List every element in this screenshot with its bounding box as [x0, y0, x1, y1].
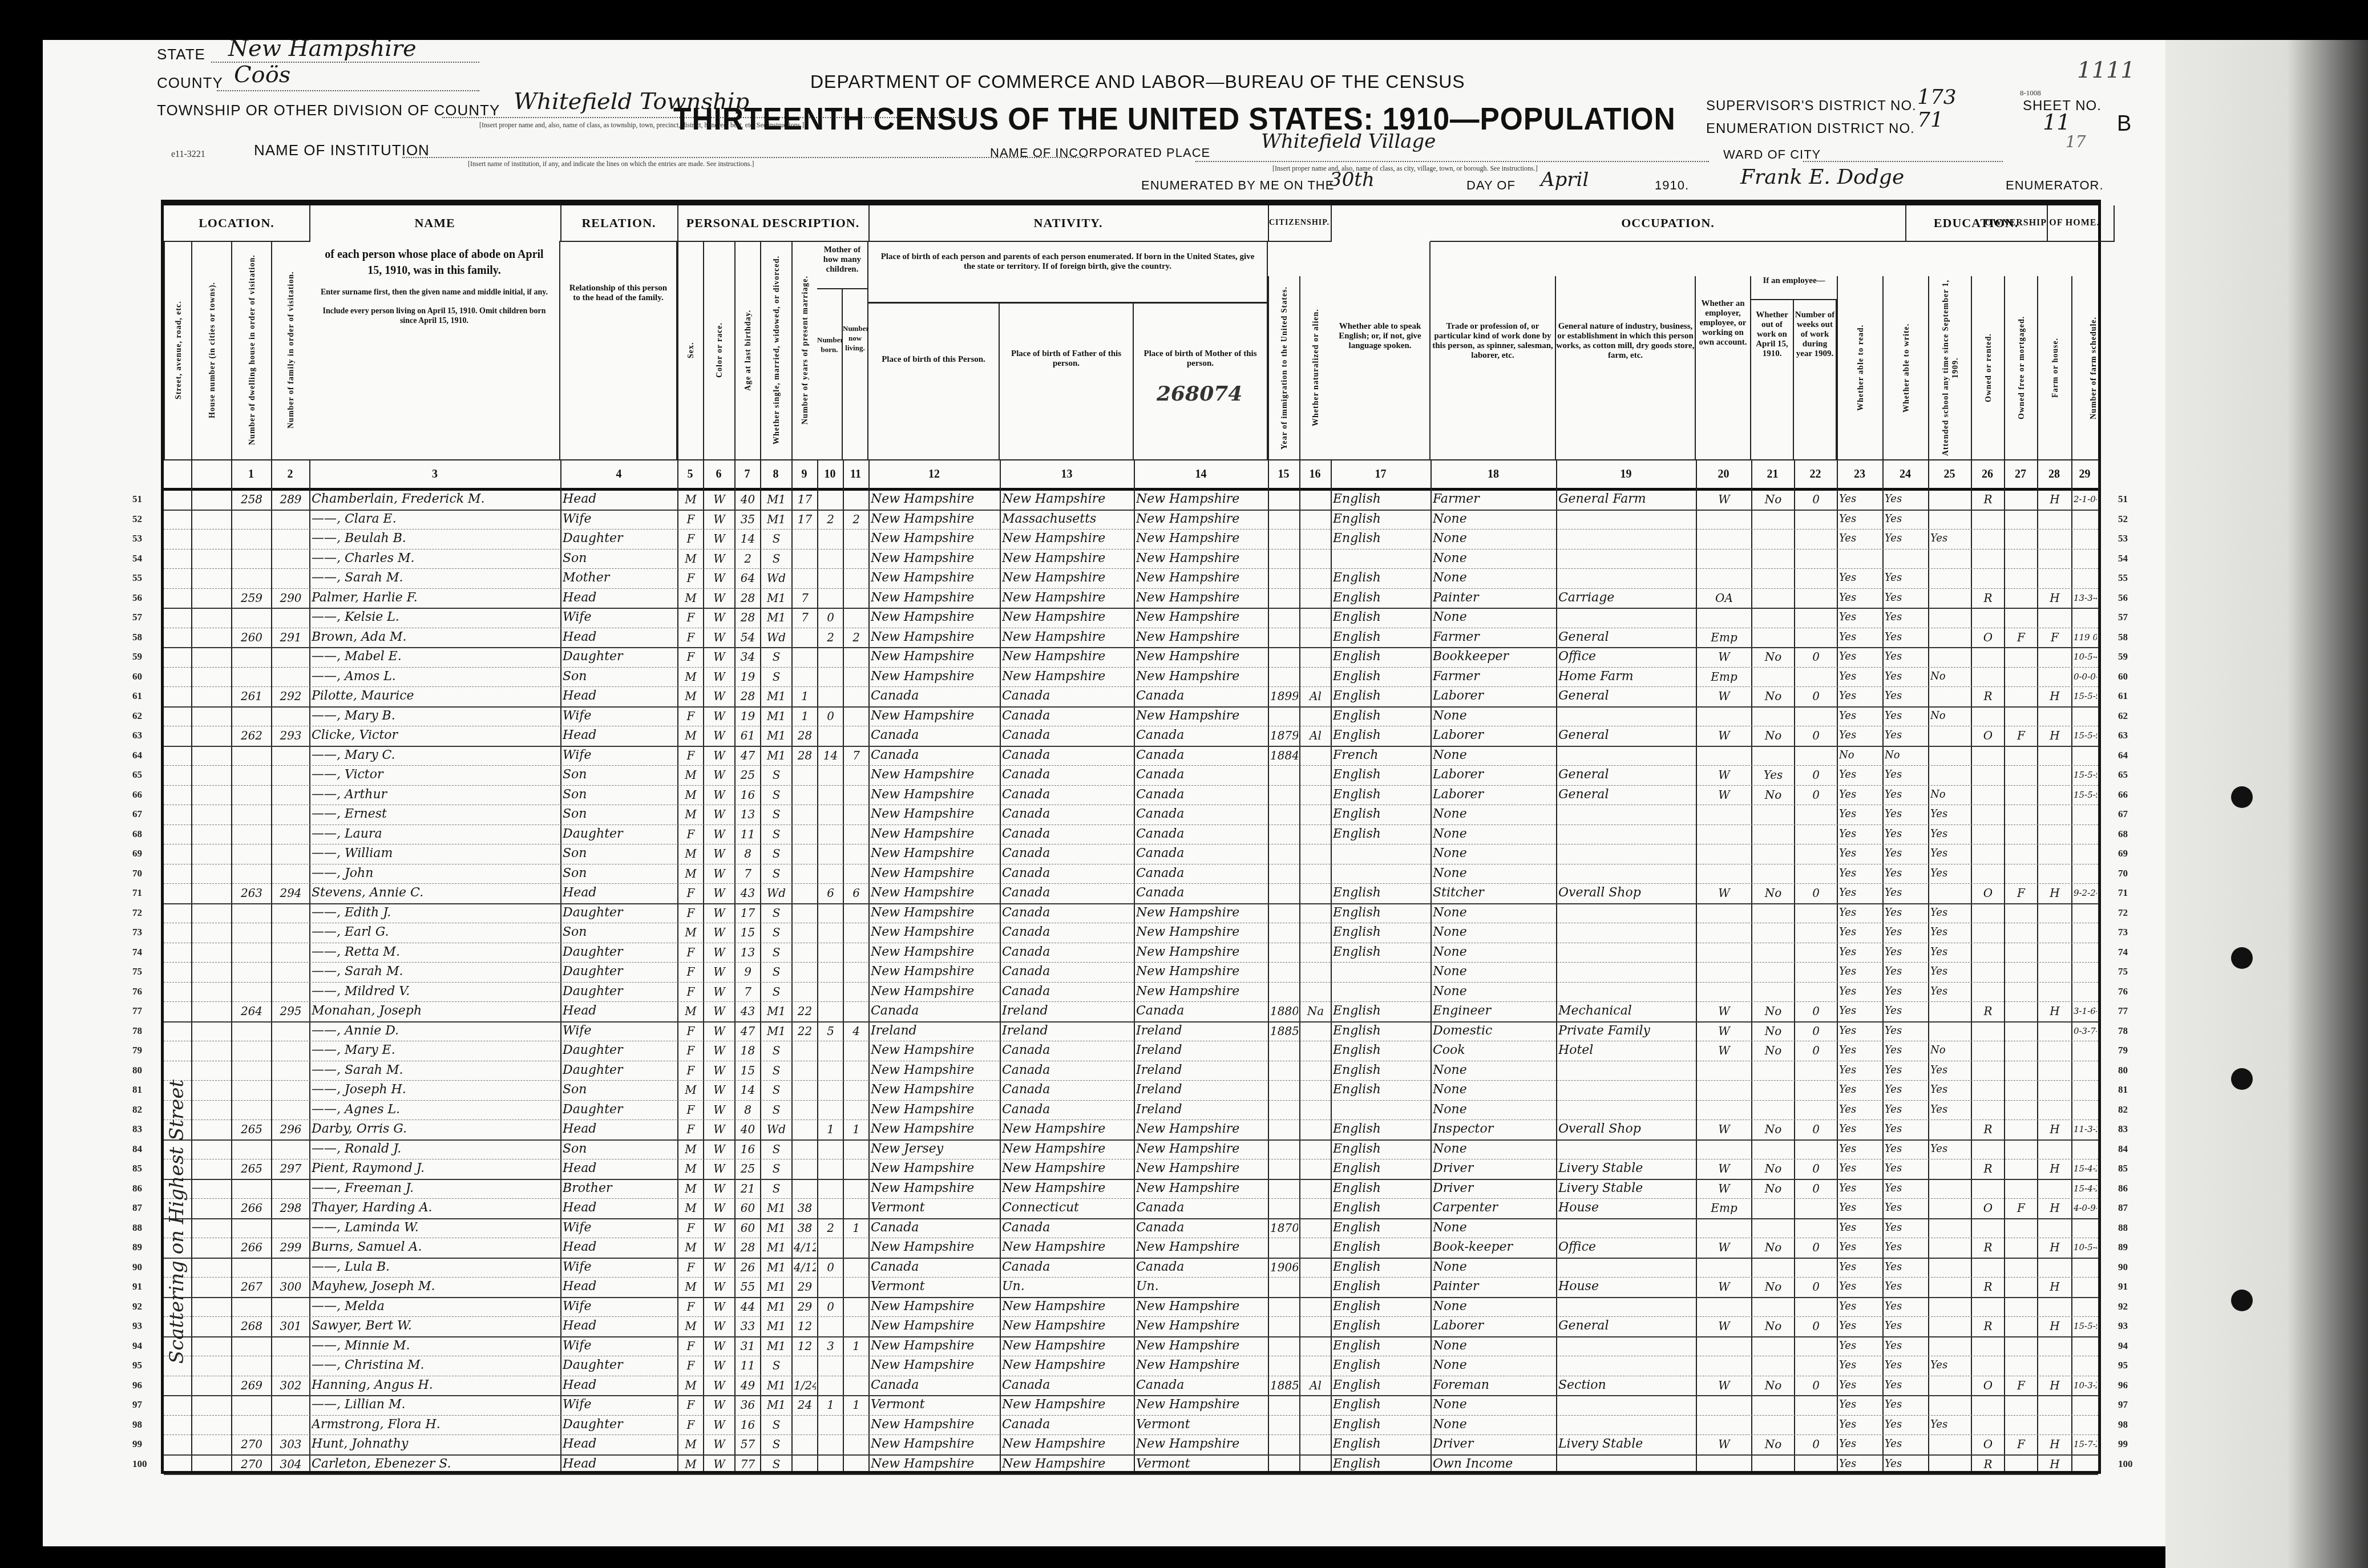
- cell-read: Yes: [1839, 490, 1881, 510]
- cell-age: 16: [737, 785, 759, 805]
- cell-nat: [1302, 1080, 1330, 1100]
- cell-emp: [1698, 962, 1750, 982]
- cell-write: Yes: [1885, 490, 1927, 510]
- cell-born: [819, 1434, 842, 1454]
- cell-own: [1973, 706, 2003, 726]
- cell-sex: F: [680, 1395, 702, 1415]
- cell-emp: W: [1698, 726, 1750, 746]
- cell-fam: 293: [273, 726, 308, 746]
- cell-name: ——, Lula B.: [312, 1258, 559, 1278]
- line-number: 69: [132, 848, 142, 859]
- cell-pob: New Hampshire: [871, 765, 999, 785]
- cell-imm: [1270, 883, 1298, 903]
- cell-pob: New Hampshire: [871, 1454, 999, 1474]
- cell-name: ——, Sarah M.: [312, 568, 559, 588]
- cell-rel: Head: [563, 726, 676, 746]
- cell-school: [1930, 1159, 1970, 1179]
- cell-pob: New Hampshire: [871, 608, 999, 628]
- line-number: 74: [132, 947, 142, 958]
- cell-yrs: [794, 667, 816, 687]
- cell-school: [1930, 1336, 1970, 1356]
- cell-nat: [1302, 608, 1330, 628]
- col-out-of-work: Whether out of work on April 15, 1910.: [1751, 299, 1794, 459]
- line-number: 60: [2118, 671, 2128, 682]
- cell-rel: Wife: [563, 1258, 676, 1278]
- cell-ind: [1558, 1395, 1695, 1415]
- cell-out: No: [1753, 1001, 1793, 1021]
- cell-fam: [273, 1041, 308, 1061]
- cell-emp: W: [1698, 1316, 1750, 1336]
- col-mother-birthplace-label: Place of birth of Mother of this person.: [1143, 349, 1256, 368]
- cell-nat: [1302, 962, 1330, 982]
- cell-lang: English: [1333, 1336, 1429, 1356]
- cell-ind: [1558, 510, 1695, 530]
- cell-born: [819, 923, 842, 943]
- cell-read: Yes: [1839, 1179, 1881, 1199]
- cell-school: Yes: [1930, 1061, 1970, 1081]
- cell-occ: Driver: [1433, 1434, 1555, 1454]
- line-number: 82: [132, 1104, 142, 1116]
- cell-ind: [1558, 1356, 1695, 1376]
- column-number: 8: [760, 459, 793, 491]
- cell-wks: [1796, 568, 1836, 588]
- cell-mpob: New Hampshire: [1136, 608, 1267, 628]
- line-number: 93: [132, 1320, 142, 1332]
- cell-free: F: [2006, 628, 2036, 648]
- cell-lang: [1333, 1100, 1429, 1120]
- cell-school: Yes: [1930, 982, 1970, 1002]
- cell-nat: Al: [1302, 686, 1330, 706]
- state-value: New Hampshire: [228, 35, 417, 62]
- cell-living: [845, 647, 867, 667]
- cell-read: Yes: [1839, 568, 1881, 588]
- cell-sex: F: [680, 628, 702, 648]
- cell-dw: [233, 923, 270, 943]
- cell-name: ——, Mabel E.: [312, 647, 559, 667]
- cell-fh: [2039, 1297, 2070, 1317]
- cell-dw: [233, 825, 270, 844]
- cell-lang: English: [1333, 588, 1429, 608]
- line-number: 57: [2118, 612, 2128, 623]
- col-street: Street, avenue, road, etc.: [164, 241, 192, 459]
- cell-fam: [273, 706, 308, 726]
- line-number: 75: [2118, 966, 2128, 977]
- cell-emp: W: [1698, 1376, 1750, 1396]
- col-free-mortgaged: Owned free or mortgaged.: [2004, 276, 2038, 459]
- cell-mpob: New Hampshire: [1136, 1336, 1267, 1356]
- cell-sex: F: [680, 647, 702, 667]
- cell-rel: Head: [563, 1316, 676, 1336]
- cell-name: ——, Laura: [312, 825, 559, 844]
- cell-nat: [1302, 864, 1330, 884]
- cell-dw: 258: [233, 490, 270, 510]
- cell-imm: 1879: [1270, 726, 1298, 746]
- cell-own: [1973, 1041, 2003, 1061]
- cell-emp: [1698, 923, 1750, 943]
- cell-born: [819, 785, 842, 805]
- cell-yrs: 1: [794, 706, 816, 726]
- cell-nat: [1302, 1454, 1330, 1474]
- cell-born: 0: [819, 608, 842, 628]
- table-row: ——, Earl G.SonMW15SNew HampshireCanadaNe…: [164, 923, 2098, 943]
- cell-nat: [1302, 1061, 1330, 1081]
- cell-occ: Foreman: [1433, 1376, 1555, 1396]
- cell-nat: [1302, 549, 1330, 569]
- column-number: 3: [309, 459, 561, 491]
- cell-lang: English: [1333, 765, 1429, 785]
- cell-mpob: New Hampshire: [1136, 1159, 1267, 1179]
- cell-read: Yes: [1839, 608, 1881, 628]
- cell-nat: [1302, 1120, 1330, 1139]
- supervisor-district-value: 173: [1917, 86, 1957, 109]
- cell-fh: [2039, 1415, 2070, 1435]
- cell-pob: New Hampshire: [871, 903, 999, 923]
- cell-nat: [1302, 1198, 1330, 1218]
- table-row: ——, Charles M.SonMW2SNew HampshireNew Ha…: [164, 549, 2098, 569]
- cell-fam: [273, 805, 308, 825]
- cell-out: No: [1753, 785, 1793, 805]
- cell-sex: M: [680, 1376, 702, 1396]
- cell-yrs: 12: [794, 1336, 816, 1356]
- cell-write: Yes: [1885, 529, 1927, 549]
- cell-lang: English: [1333, 608, 1429, 628]
- cell-nat: [1302, 647, 1330, 667]
- table-row: 268301Sawyer, Bert W.HeadMW33M112New Ham…: [164, 1316, 2098, 1337]
- cell-fam: 302: [273, 1376, 308, 1396]
- cell-age: 25: [737, 1159, 759, 1179]
- cell-fam: [273, 923, 308, 943]
- cell-wks: [1796, 510, 1836, 530]
- cell-wks: [1796, 903, 1836, 923]
- cell-rel: Daughter: [563, 943, 676, 963]
- enumeration-district-value: 71: [1917, 108, 1943, 132]
- cell-ind: [1558, 943, 1695, 963]
- cell-ind: Office: [1558, 647, 1695, 667]
- cell-imm: [1270, 1179, 1298, 1199]
- cell-fh: H: [2039, 1316, 2070, 1336]
- cell-pob: New Hampshire: [871, 647, 999, 667]
- cell-dw: [233, 1415, 270, 1435]
- line-number: 55: [132, 572, 142, 584]
- cell-nat: [1302, 667, 1330, 687]
- line-number: 95: [132, 1360, 142, 1371]
- cell-free: [2006, 825, 2036, 844]
- cell-emp: [1698, 746, 1750, 766]
- cell-mpob: New Hampshire: [1136, 667, 1267, 687]
- cell-name: ——, Sarah M.: [312, 1061, 559, 1081]
- cell-imm: [1270, 982, 1298, 1002]
- cell-emp: W: [1698, 765, 1750, 785]
- cell-emp: W: [1698, 1434, 1750, 1454]
- cell-living: [845, 1356, 867, 1376]
- cell-lang: English: [1333, 568, 1429, 588]
- cell-imm: 1880: [1270, 1001, 1298, 1021]
- cell-occ: Engineer: [1433, 1001, 1555, 1021]
- cell-rel: Wife: [563, 746, 676, 766]
- cell-lang: English: [1333, 883, 1429, 903]
- cell-free: [2006, 982, 2036, 1002]
- cell-sex: M: [680, 549, 702, 569]
- cell-school: Yes: [1930, 1100, 1970, 1120]
- cell-age: 55: [737, 1277, 759, 1297]
- cell-read: Yes: [1839, 529, 1881, 549]
- cell-ms: S: [762, 1434, 790, 1454]
- cell-pob: New Hampshire: [871, 1238, 999, 1258]
- cell-free: [2006, 943, 2036, 963]
- cell-pob: Canada: [871, 686, 999, 706]
- cell-pob: Vermont: [871, 1198, 999, 1218]
- cell-imm: [1270, 549, 1298, 569]
- cell-free: [2006, 962, 2036, 982]
- cell-nat: [1302, 1139, 1330, 1159]
- cell-rel: Head: [563, 1238, 676, 1258]
- cell-school: [1930, 686, 1970, 706]
- cell-pob: Canada: [871, 1376, 999, 1396]
- column-number: 21: [1751, 459, 1795, 491]
- cell-lang: English: [1333, 1120, 1429, 1139]
- cell-occ: None: [1433, 1080, 1555, 1100]
- cell-school: Yes: [1930, 864, 1970, 884]
- cell-write: Yes: [1885, 628, 1927, 648]
- cell-write: Yes: [1885, 1080, 1927, 1100]
- line-number: 85: [132, 1163, 142, 1174]
- cell-read: Yes: [1839, 785, 1881, 805]
- cell-emp: Emp: [1698, 1198, 1750, 1218]
- cell-fpob: Canada: [1002, 982, 1133, 1002]
- cell-dw: 266: [233, 1238, 270, 1258]
- cell-occ: None: [1433, 1061, 1555, 1081]
- cell-lang: [1333, 844, 1429, 864]
- cell-free: [2006, 1021, 2036, 1041]
- cell-age: 2: [737, 549, 759, 569]
- cell-name: Mayhew, Joseph M.: [312, 1277, 559, 1297]
- cell-out: [1753, 1415, 1793, 1435]
- cell-ms: S: [762, 982, 790, 1002]
- cell-fpob: Massachusetts: [1002, 510, 1133, 530]
- cell-sex: M: [680, 1277, 702, 1297]
- cell-nat: [1302, 746, 1330, 766]
- cell-pob: New Hampshire: [871, 1120, 999, 1139]
- cell-living: [845, 588, 867, 608]
- cell-fh: [2039, 1395, 2070, 1415]
- cell-lang: English: [1333, 1277, 1429, 1297]
- cell-nat: [1302, 706, 1330, 726]
- line-number: 88: [132, 1222, 142, 1234]
- cell-own: [1973, 667, 2003, 687]
- cell-mpob: New Hampshire: [1136, 529, 1267, 549]
- cell-sex: M: [680, 1238, 702, 1258]
- cell-fh: F: [2039, 628, 2070, 648]
- cell-read: Yes: [1839, 1061, 1881, 1081]
- cell-fam: [273, 529, 308, 549]
- table-row: ——, LauraDaughterFW11SNew HampshireCanad…: [164, 825, 2098, 845]
- cell-dw: [233, 608, 270, 628]
- cell-write: Yes: [1885, 568, 1927, 588]
- line-number: 68: [132, 829, 142, 840]
- cell-out: [1753, 549, 1793, 569]
- cell-sched: [2074, 1041, 2097, 1061]
- cell-fh: H: [2039, 1376, 2070, 1396]
- cell-occ: None: [1433, 864, 1555, 884]
- cell-lang: English: [1333, 647, 1429, 667]
- cell-lang: English: [1333, 1001, 1429, 1021]
- cell-lang: English: [1333, 686, 1429, 706]
- cell-read: Yes: [1839, 864, 1881, 884]
- cell-free: [2006, 1238, 2036, 1258]
- col-naturalized: Whether naturalized or alien.: [1299, 276, 1332, 459]
- cell-rel: Head: [563, 588, 676, 608]
- cell-living: [845, 825, 867, 844]
- cell-fpob: New Hampshire: [1002, 529, 1133, 549]
- cell-sched: [2074, 510, 2097, 530]
- cell-imm: [1270, 1139, 1298, 1159]
- cell-ms: M1: [762, 1316, 790, 1336]
- cell-sched: [2074, 1061, 2097, 1081]
- cell-rel: Daughter: [563, 962, 676, 982]
- cell-ms: S: [762, 647, 790, 667]
- cell-fh: [2039, 962, 2070, 982]
- cell-fam: 294: [273, 883, 308, 903]
- cell-fpob: Canada: [1002, 805, 1133, 825]
- line-number: 95: [2118, 1360, 2128, 1371]
- cell-fam: [273, 943, 308, 963]
- cell-yrs: [794, 529, 816, 549]
- cell-occ: Driver: [1433, 1179, 1555, 1199]
- cell-rel: Son: [563, 1139, 676, 1159]
- cell-nat: [1302, 529, 1330, 549]
- cell-own: O: [1973, 1198, 2003, 1218]
- cell-free: [2006, 1395, 2036, 1415]
- cell-rel: Son: [563, 549, 676, 569]
- department-heading: DEPARTMENT OF COMMERCE AND LABOR—BUREAU …: [810, 71, 1465, 92]
- census-table: LOCATION. NAME RELATION. PERSONAL DESCRI…: [161, 200, 2101, 1474]
- cell-wks: [1796, 746, 1836, 766]
- cell-imm: [1270, 1041, 1298, 1061]
- cell-school: [1930, 1021, 1970, 1041]
- cell-fh: [2039, 785, 2070, 805]
- cell-mpob: New Hampshire: [1136, 1297, 1267, 1317]
- cell-age: 47: [737, 746, 759, 766]
- cell-sex: F: [680, 608, 702, 628]
- column-number: 4: [560, 459, 678, 491]
- line-number: 76: [132, 986, 142, 997]
- cell-race: W: [705, 667, 733, 687]
- cell-out: No: [1753, 1277, 1793, 1297]
- cell-born: [819, 1356, 842, 1376]
- group-name: NAME: [309, 205, 561, 241]
- cell-rel: Head: [563, 1120, 676, 1139]
- cell-yrs: [794, 1120, 816, 1139]
- cell-fpob: New Hampshire: [1002, 1454, 1133, 1474]
- cell-emp: [1698, 529, 1750, 549]
- column-number: 20: [1696, 459, 1752, 491]
- cell-living: [845, 1258, 867, 1278]
- group-location: LOCATION.: [164, 205, 310, 242]
- cell-emp: W: [1698, 1277, 1750, 1297]
- cell-school: [1930, 1198, 1970, 1218]
- line-number: 88: [2118, 1222, 2128, 1234]
- cell-occ: None: [1433, 1218, 1555, 1238]
- cell-age: 61: [737, 726, 759, 746]
- cell-dw: [233, 667, 270, 687]
- cell-ind: [1558, 844, 1695, 864]
- cell-out: [1753, 1454, 1793, 1474]
- cell-dw: [233, 943, 270, 963]
- cell-mpob: New Hampshire: [1136, 1434, 1267, 1454]
- cell-fh: [2039, 1356, 2070, 1376]
- cell-mpob: New Hampshire: [1136, 1139, 1267, 1159]
- line-number: 70: [132, 868, 142, 879]
- cell-wks: 0: [1796, 1120, 1836, 1139]
- line-number: 90: [2118, 1262, 2128, 1273]
- line-number: 57: [132, 612, 142, 623]
- table-row: 265296Darby, Orris G.HeadFW40Wd11New Ham…: [164, 1120, 2098, 1141]
- line-number: 58: [2118, 632, 2128, 643]
- cell-living: [845, 943, 867, 963]
- cell-lang: English: [1333, 628, 1429, 648]
- cell-ind: House: [1558, 1277, 1695, 1297]
- line-number: 91: [2118, 1281, 2128, 1292]
- cell-living: [845, 726, 867, 746]
- cell-born: [819, 647, 842, 667]
- cell-occ: None: [1433, 825, 1555, 844]
- cell-out: [1753, 1218, 1793, 1238]
- table-row: ——, Mary C.WifeFW47M128147CanadaCanadaCa…: [164, 746, 2098, 766]
- cell-born: [819, 667, 842, 687]
- line-number: 72: [2118, 907, 2128, 919]
- cell-occ: Laborer: [1433, 1316, 1555, 1336]
- cell-fpob: Connecticut: [1002, 1198, 1133, 1218]
- col-immigration-year: Year of immigration to the United States…: [1268, 276, 1300, 459]
- table-row: 259290Palmer, Harlie F.HeadMW28M17New Ha…: [164, 588, 2098, 609]
- cell-lang: English: [1333, 1139, 1429, 1159]
- cell-nat: [1302, 883, 1330, 903]
- cell-race: W: [705, 825, 733, 844]
- cell-sex: M: [680, 1159, 702, 1179]
- cell-dw: 270: [233, 1454, 270, 1474]
- table-row: ——, Mary E.DaughterFW18SNew HampshireCan…: [164, 1041, 2098, 1061]
- cell-lang: English: [1333, 726, 1429, 746]
- column-number: 27: [2004, 459, 2038, 491]
- cell-living: [845, 608, 867, 628]
- cell-ind: [1558, 529, 1695, 549]
- cell-own: [1973, 844, 2003, 864]
- cell-imm: [1270, 844, 1298, 864]
- cell-wks: [1796, 529, 1836, 549]
- cell-fh: [2039, 647, 2070, 667]
- cell-dw: [233, 647, 270, 667]
- cell-dw: [233, 510, 270, 530]
- cell-living: [845, 844, 867, 864]
- cell-race: W: [705, 706, 733, 726]
- cell-age: 35: [737, 510, 759, 530]
- cell-rel: Head: [563, 628, 676, 648]
- cell-name: ——, Agnes L.: [312, 1100, 559, 1120]
- cell-own: [1973, 746, 2003, 766]
- cell-free: [2006, 1415, 2036, 1435]
- cell-own: [1973, 982, 2003, 1002]
- cell-fam: 292: [273, 686, 308, 706]
- cell-yrs: [794, 628, 816, 648]
- group-relation: RELATION.: [560, 205, 678, 242]
- cell-fam: [273, 1061, 308, 1081]
- cell-lang: English: [1333, 490, 1429, 510]
- cell-rel: Head: [563, 1198, 676, 1218]
- cell-ind: [1558, 1100, 1695, 1120]
- cell-race: W: [705, 1376, 733, 1396]
- cell-emp: W: [1698, 1179, 1750, 1199]
- cell-nat: [1302, 588, 1330, 608]
